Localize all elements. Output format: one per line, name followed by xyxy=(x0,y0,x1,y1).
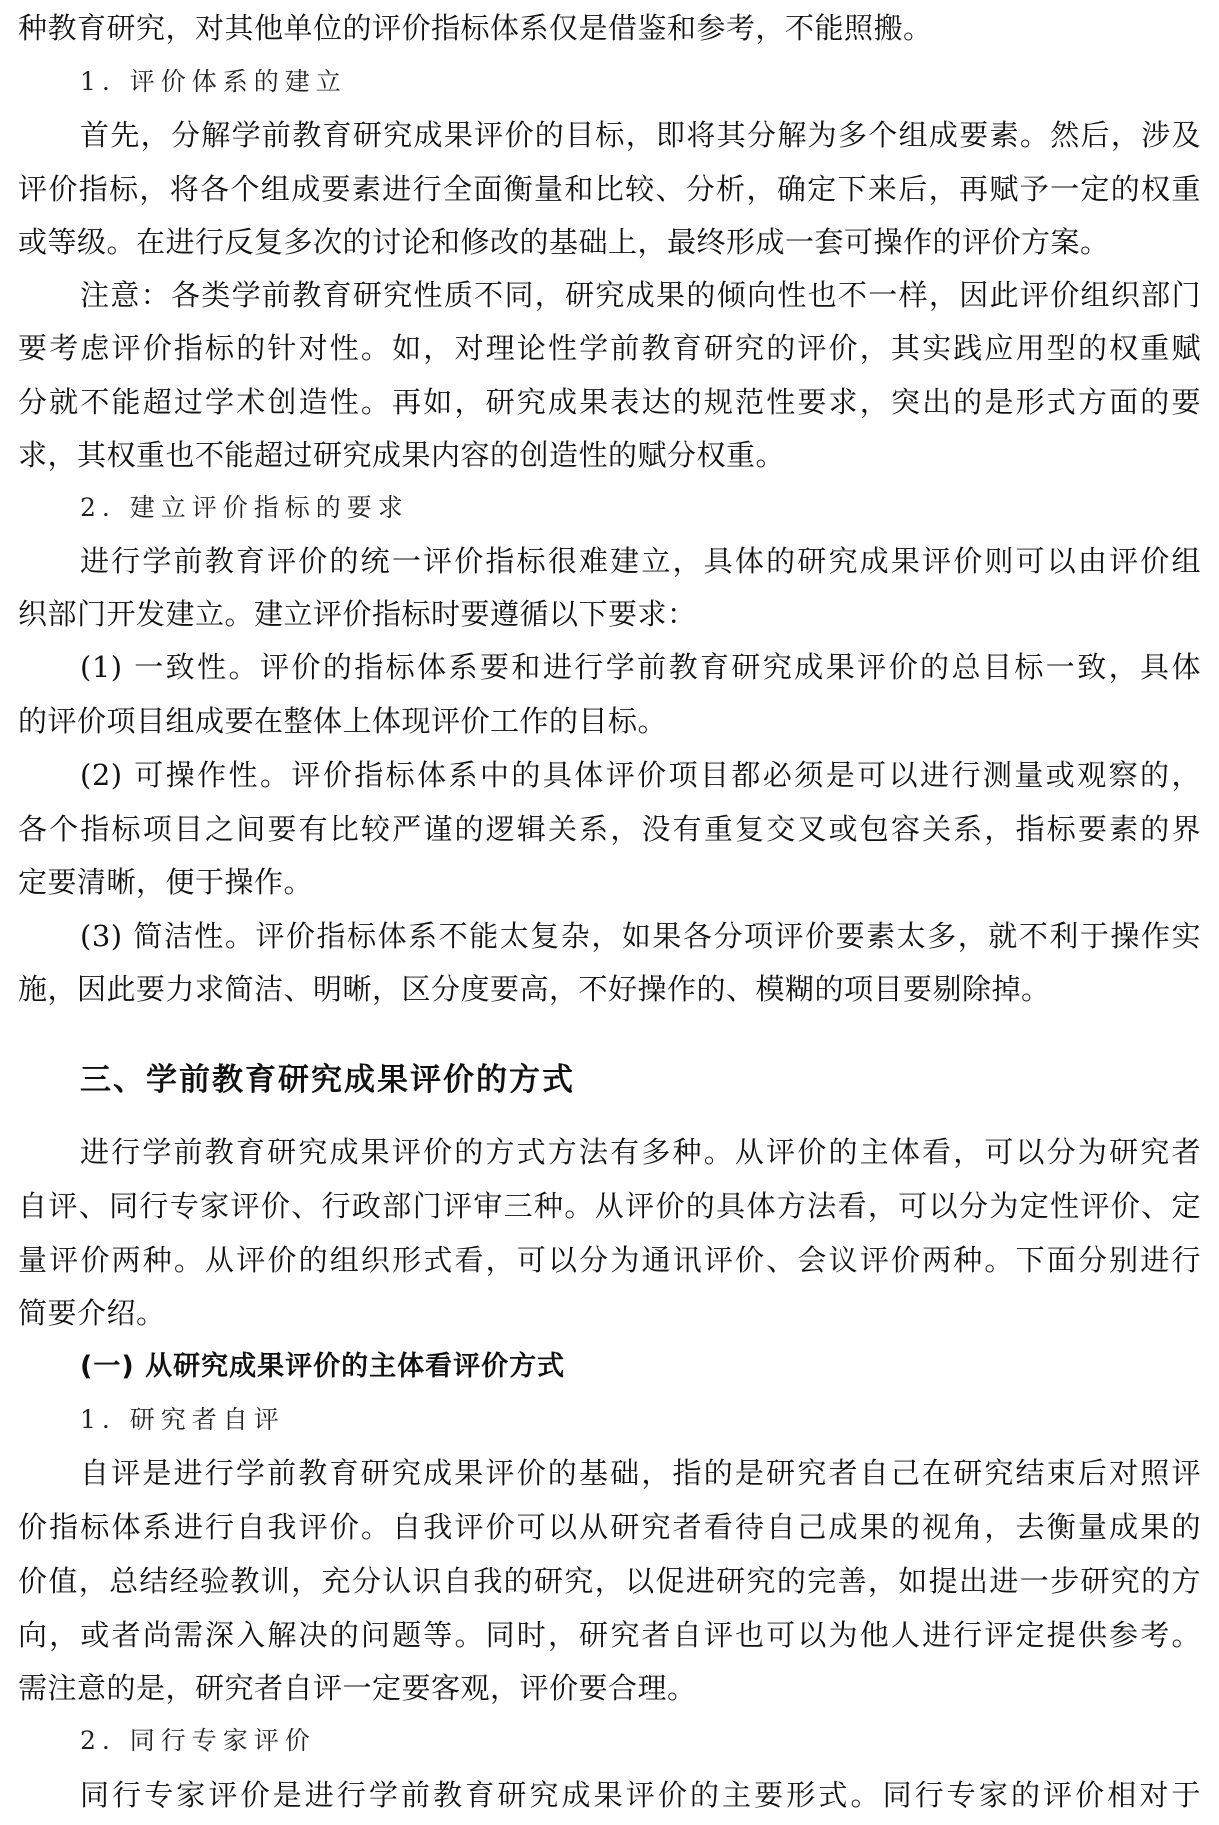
section-heading: 三、学前教育研究成果评价的方式 xyxy=(80,1060,575,1100)
paragraph-line: 种教育研究，对其他单位的评价指标体系仅是借鉴和参考，不能照搬。 xyxy=(18,10,1201,46)
paragraph-first-line: (1) 一致性。评价的指标体系要和进行学前教育研究成果评价的总目标一致，具体 xyxy=(80,649,1201,685)
paragraph-first-line: 自评是进行学前教育研究成果评价的基础，指的是研究者自己在研究结束后对照评 xyxy=(80,1455,1201,1491)
paragraph-line: 价指标体系进行自我评价。自我评价可以从研究者看待自己成果的视角，去衡量成果的 xyxy=(18,1509,1201,1545)
paragraph-line: 评价指标，将各个组成要素进行全面衡量和比较、分析，确定下来后，再赋予一定的权重 xyxy=(18,171,1201,207)
paragraph-line: 向，或者尚需深入解决的问题等。同时，研究者自评也可以为他人进行评定提供参考。 xyxy=(18,1617,1201,1653)
subsection-title: (一) 从研究成果评价的主体看评价方式 xyxy=(80,1349,565,1385)
paragraph-line: 要考虑评价指标的针对性。如，对理论性学前教育研究的评价，其实践应用型的权重赋 xyxy=(18,330,1201,366)
subsection-heading: 2. 建立评价指标的要求 xyxy=(80,490,409,526)
paragraph-line: 简要介绍。 xyxy=(18,1295,1201,1331)
subsection-heading: 2. 同行专家评价 xyxy=(80,1723,316,1759)
paragraph-line: 定要清晰，便于操作。 xyxy=(18,864,1201,900)
subsection-heading: 1. 研究者自评 xyxy=(80,1402,285,1438)
paragraph-line: 施，因此要力求简洁、明晰，区分度要高，不好操作的、模糊的项目要剔除掉。 xyxy=(18,971,1201,1007)
paragraph-first-line: 进行学前教育评价的统一评价指标很难建立，具体的研究成果评价则可以由评价组 xyxy=(80,543,1201,579)
paragraph-first-line: 进行学前教育研究成果评价的方式方法有多种。从评价的主体看，可以分为研究者 xyxy=(80,1134,1201,1170)
paragraph-line: 自评、同行专家评价、行政部门评审三种。从评价的具体方法看，可以分为定性评价、定 xyxy=(18,1188,1201,1224)
paragraph-line: 的评价项目组成要在整体上体现评价工作的目标。 xyxy=(18,703,1201,739)
paragraph-line: 或等级。在进行反复多次的讨论和修改的基础上，最终形成一套可操作的评价方案。 xyxy=(18,224,1201,260)
paragraph-first-line: (3) 简洁性。评价指标体系不能太复杂，如果各分项评价要素太多，就不利于操作实 xyxy=(80,918,1201,954)
paragraph-first-line: 同行专家评价是进行学前教育研究成果评价的主要形式。同行专家的评价相对于 xyxy=(80,1777,1201,1813)
paragraph-line: 织部门开发建立。建立评价指标时要遵循以下要求： xyxy=(18,596,1201,632)
paragraph-line: 求，其权重也不能超过研究成果内容的创造性的赋分权重。 xyxy=(18,437,1201,473)
paragraph-line: 分就不能超过学术创造性。再如，研究成果表达的规范性要求，突出的是形式方面的要 xyxy=(18,384,1201,420)
paragraph-line: 价值，总结经验教训，充分认识自我的研究，以促进研究的完善，如提出进一步研究的方 xyxy=(18,1563,1201,1599)
paragraph-line: 需注意的是，研究者自评一定要客观，评价要合理。 xyxy=(18,1670,1201,1706)
subsection-heading: 1. 评价体系的建立 xyxy=(80,64,347,100)
paragraph-first-line: (2) 可操作性。评价指标体系中的具体评价项目都必须是可以进行测量或观察的， xyxy=(80,757,1201,793)
paragraph-line: 各个指标项目之间要有比较严谨的逻辑关系，没有重复交叉或包容关系，指标要素的界 xyxy=(18,811,1201,847)
paragraph-line: 量评价两种。从评价的组织形式看，可以分为通讯评价、会议评价两种。下面分别进行 xyxy=(18,1242,1201,1278)
paragraph-first-line: 首先，分解学前教育研究成果评价的目标，即将其分解为多个组成要素。然后，涉及 xyxy=(80,117,1201,153)
paragraph-first-line: 注意：各类学前教育研究性质不同，研究成果的倾向性也不一样，因此评价组织部门 xyxy=(80,277,1201,313)
